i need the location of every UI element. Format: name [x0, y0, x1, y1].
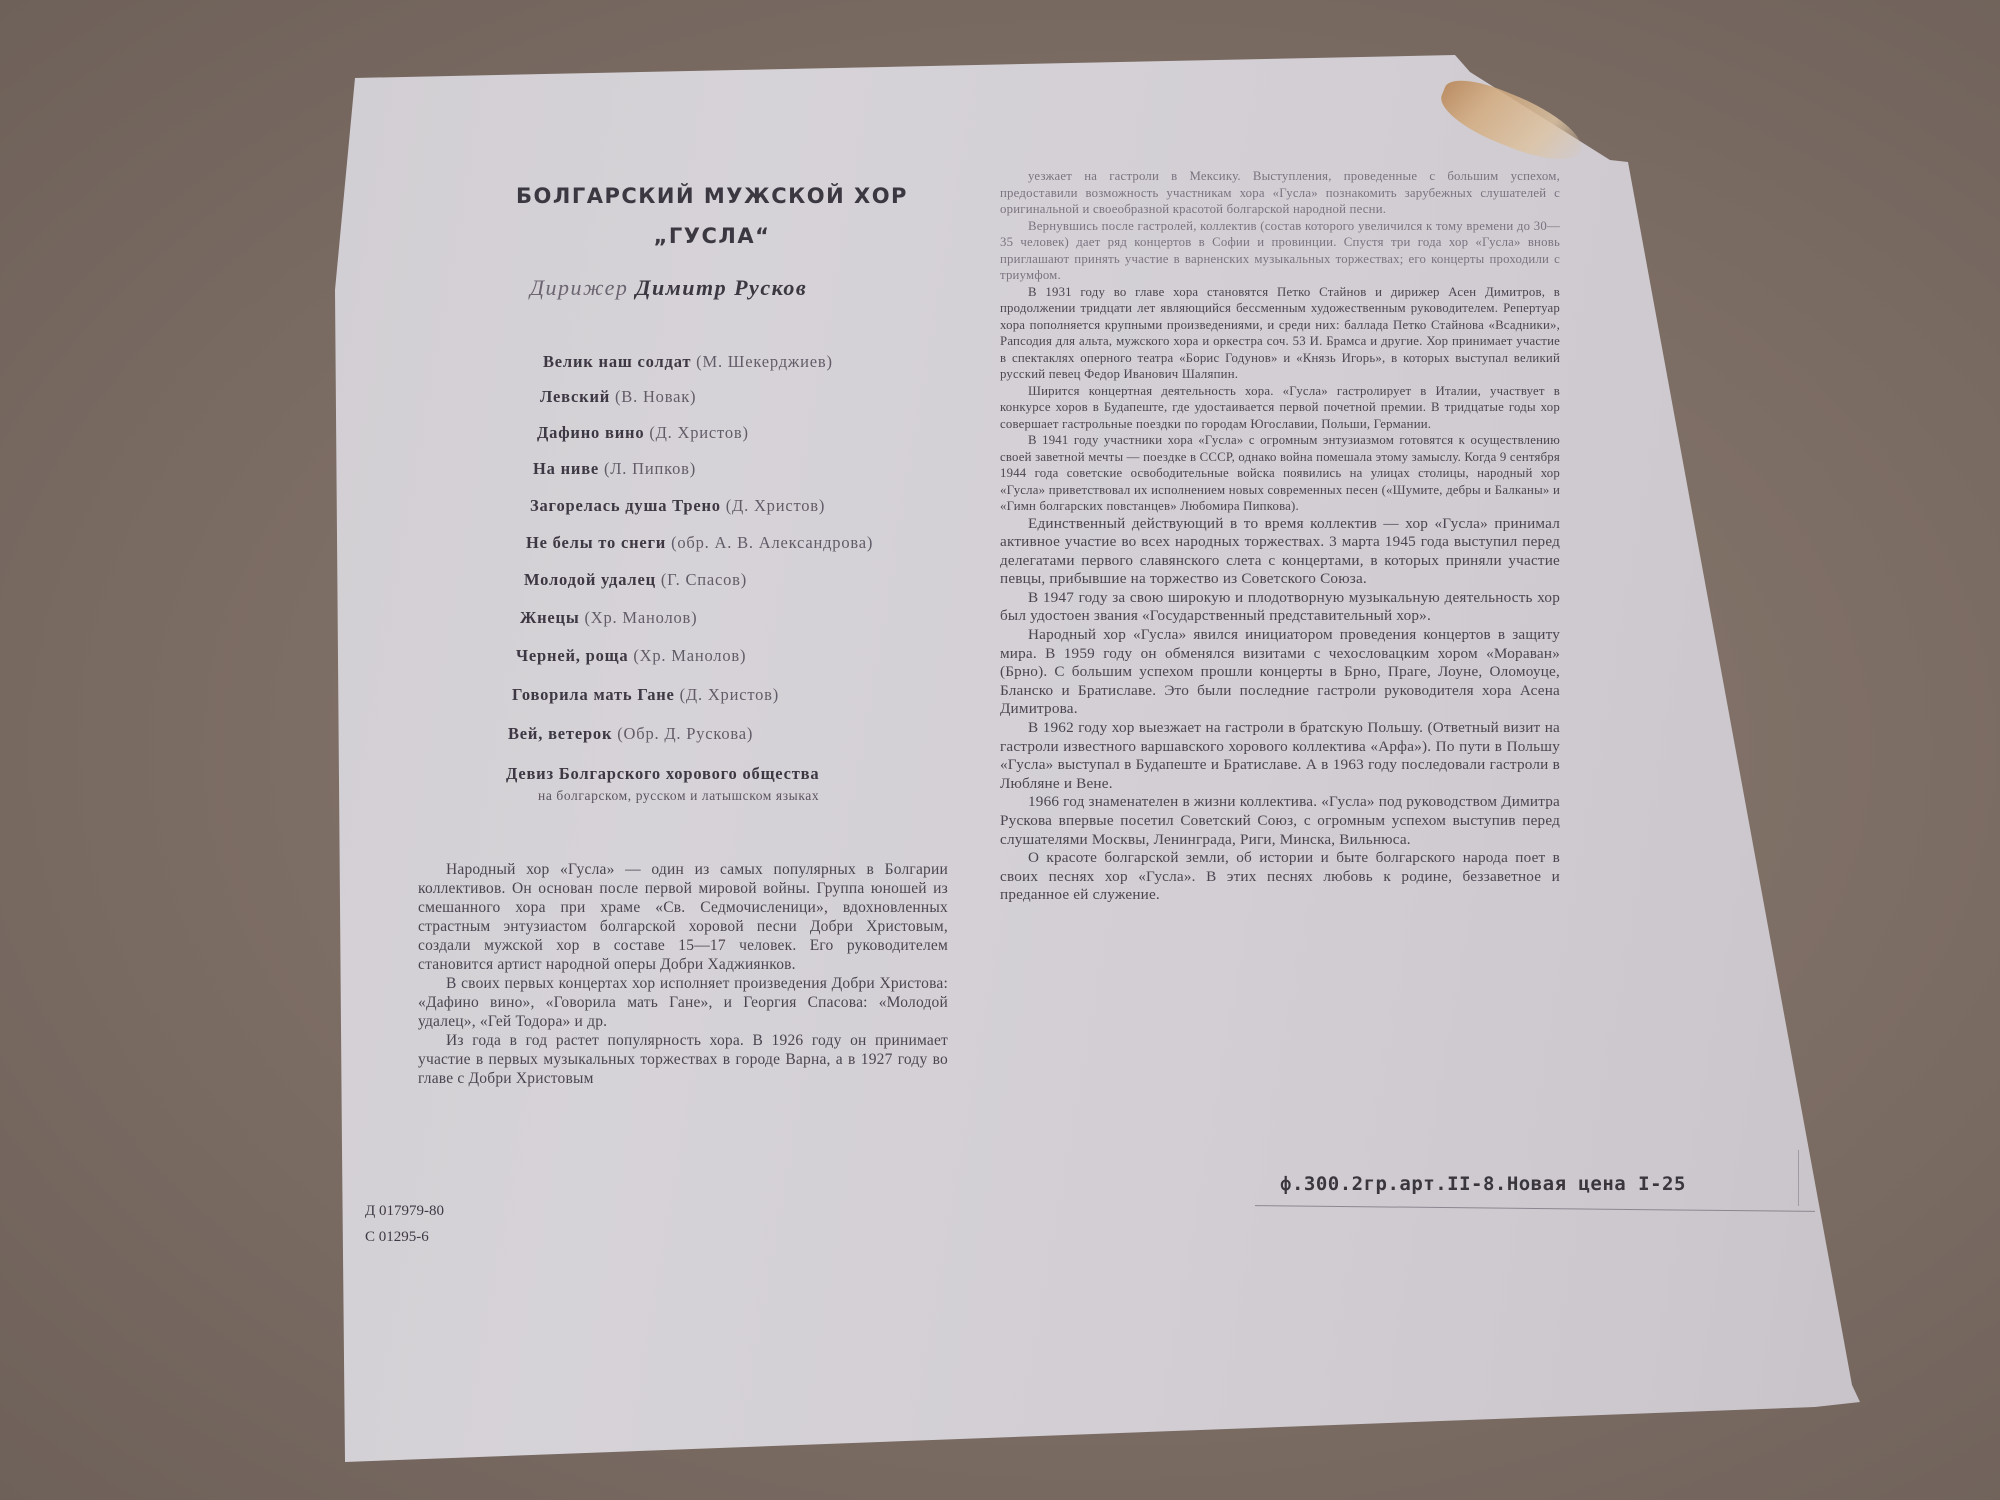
liner-paragraph: уезжает на гастроли в Мексику. Выступлен…: [1000, 168, 1560, 218]
liner-paragraph: В 1947 году за свою широкую и плодотворн…: [1000, 589, 1560, 626]
track-credit: (Д. Христов): [649, 423, 748, 442]
track-title: Дафино вино: [537, 423, 644, 442]
track-title: Загорелась душа Трено: [530, 496, 721, 515]
track-title: Молодой удалец: [524, 570, 656, 589]
liner-paragraph: 1966 год знаменателен в жизни коллектива…: [1000, 793, 1560, 849]
track-item: Девиз Болгарского хорового общества: [506, 764, 819, 784]
track-item: Жнецы (Хр. Манолов): [520, 608, 697, 628]
liner-notes-left-column: Народный хор «Гусла» — один из самых поп…: [418, 860, 948, 1088]
liner-paragraph: Из года в год растет популярность хора. …: [418, 1031, 948, 1088]
track-credit: (обр. А. В. Александрова): [671, 533, 873, 552]
liner-paragraph: В 1941 году участники хора «Гусла» с огр…: [1000, 432, 1560, 515]
track-item: Говорила мать Гане (Д. Христов): [512, 685, 779, 705]
album-title-line1: БОЛГАРСКИЙ МУЖСКОЙ ХОР: [512, 176, 912, 216]
liner-paragraph: Народный хор «Гусла» явился инициатором …: [1000, 626, 1560, 719]
album-title: БОЛГАРСКИЙ МУЖСКОЙ ХОР „ГУСЛА“: [512, 176, 912, 256]
liner-paragraph: В 1931 году во главе хора становятся Пет…: [1000, 284, 1560, 383]
motto-subtitle: на болгарском, русском и латышском языка…: [538, 788, 819, 804]
track-title: Жнецы: [520, 608, 580, 627]
track-title: Велик наш солдат: [543, 352, 691, 371]
catalog-number: С 01295-6: [365, 1224, 444, 1250]
track-credit: (Обр. Д. Рускова): [617, 724, 753, 743]
track-item: На ниве (Л. Пипков): [533, 459, 696, 479]
track-credit: (Д. Христов): [680, 685, 779, 704]
track-item: Черней, роща (Хр. Манолов): [516, 646, 746, 666]
track-item: Вей, ветерок (Обр. Д. Рускова): [508, 724, 753, 744]
track-item: Велик наш солдат (М. Шекерджиев): [543, 352, 833, 372]
track-credit: (Хр. Манолов): [584, 608, 697, 627]
track-credit: (Л. Пипков): [604, 459, 696, 478]
liner-paragraph: Единственный действующий в то время колл…: [1000, 515, 1560, 589]
track-item: Не белы то снеги (обр. А. В. Александров…: [526, 533, 873, 553]
liner-paragraph: В своих первых концертах хор исполняет п…: [418, 974, 948, 1031]
album-title-line2: „ГУСЛА“: [512, 216, 912, 256]
conductor-label: Дирижер: [530, 275, 628, 300]
catalog-number: Д 017979-80: [365, 1198, 444, 1224]
track-title: Не белы то снеги: [526, 533, 666, 552]
price-stamp-edge: [1798, 1150, 1799, 1206]
liner-paragraph: О красоте болгарской земли, об истории и…: [1000, 849, 1560, 905]
track-title: Девиз Болгарского хорового общества: [506, 764, 819, 783]
liner-paragraph: Ширится концертная деятельность хора. «Г…: [1000, 383, 1560, 433]
track-title: На ниве: [533, 459, 599, 478]
liner-paragraph: Народный хор «Гусла» — один из самых поп…: [418, 860, 948, 974]
track-credit: (Хр. Манолов): [633, 646, 746, 665]
track-title: Вей, ветерок: [508, 724, 612, 743]
liner-paragraph: Вернувшись после гастролей, коллектив (с…: [1000, 218, 1560, 284]
track-title: Левский: [540, 387, 610, 406]
liner-notes-right-column: уезжает на гастроли в Мексику. Выступлен…: [1000, 168, 1560, 905]
track-item: Загорелась душа Трено (Д. Христов): [530, 496, 825, 516]
catalog-numbers: Д 017979-80 С 01295-6: [365, 1198, 444, 1250]
price-stamp: ф.300.2гр.арт.II-8.Новая цена I-25: [1280, 1173, 1686, 1195]
track-credit: (М. Шекерджиев): [696, 352, 833, 371]
conductor-credit: Дирижер Димитр Русков: [530, 275, 807, 301]
track-item: Молодой удалец (Г. Спасов): [524, 570, 747, 590]
track-item: Дафино вино (Д. Христов): [537, 423, 749, 443]
track-credit: (В. Новак): [615, 387, 696, 406]
track-item: Левский (В. Новак): [540, 387, 696, 407]
track-credit: (Д. Христов): [726, 496, 825, 515]
track-title: Говорила мать Гане: [512, 685, 675, 704]
conductor-name: Димитр Русков: [635, 275, 807, 300]
track-credit: (Г. Спасов): [661, 570, 747, 589]
liner-paragraph: В 1962 году хор выезжает на гастроли в б…: [1000, 719, 1560, 793]
track-title: Черней, роща: [516, 646, 628, 665]
